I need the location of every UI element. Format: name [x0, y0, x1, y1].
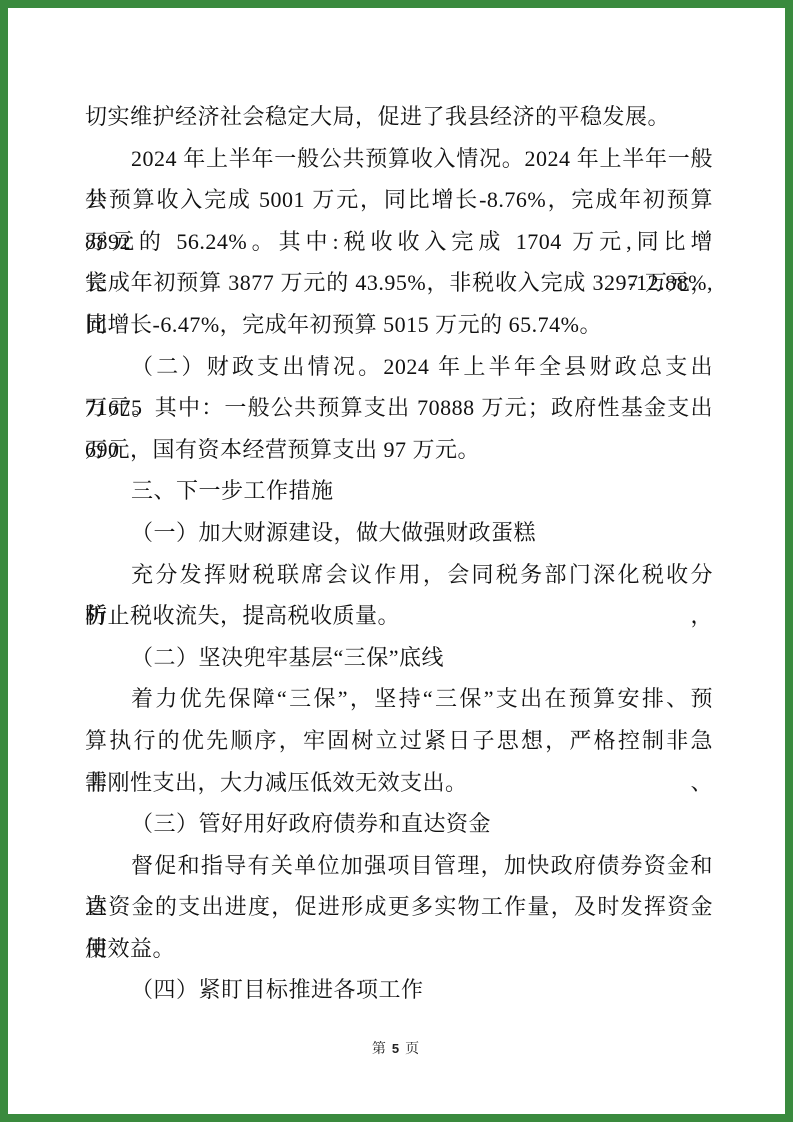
- text-line: 切实维护经济社会稳定大局，促进了我县经济的平稳发展。: [85, 96, 713, 138]
- text-line: 共预算收入完成 5001 万元，同比增长-8.76%，完成年初预算 8892: [85, 179, 713, 221]
- text-line: 万元。其中：一般公共预算支出 70888 万元；政府性基金支出 690: [85, 387, 713, 429]
- section-heading: （二）坚决兜牢基层“三保”底线: [85, 637, 713, 679]
- section-heading: （三）管好用好政府债券和直达资金: [85, 803, 713, 845]
- text-line: 充分发挥财税联席会议作用，会同税务部门深化税收分析，: [85, 554, 713, 596]
- text-line: 用效益。: [85, 928, 713, 970]
- text-line: 督促和指导有关单位加强项目管理，加快政府债券资金和直: [85, 845, 713, 887]
- page-footer-suffix: 页: [405, 1042, 421, 1057]
- section-heading: （一）加大财源建设，做大做强财政蛋糕: [85, 512, 713, 554]
- document-page: 切实维护经济社会稳定大局，促进了我县经济的平稳发展。 2024 年上半年一般公共…: [8, 8, 785, 1114]
- document-body: 切实维护经济社会稳定大局，促进了我县经济的平稳发展。 2024 年上半年一般公共…: [85, 96, 713, 1011]
- section-heading: （四）紧盯目标推进各项工作: [85, 969, 713, 1011]
- page-footer: 第5页: [8, 1038, 785, 1058]
- section-heading: 三、下一步工作措施: [85, 470, 713, 512]
- page-number: 5: [388, 1041, 405, 1056]
- page-footer-prefix: 第: [372, 1042, 388, 1057]
- text-line: 达资金的支出进度，促进形成更多实物工作量，及时发挥资金使: [85, 886, 713, 928]
- text-line: 2024 年上半年一般公共预算收入情况。2024 年上半年一般公: [85, 138, 713, 180]
- text-line: 万元，国有资本经营预算支出 97 万元。: [85, 429, 713, 471]
- text-line: 比增长-6.47%，完成年初预算 5015 万元的 65.74%。: [85, 304, 713, 346]
- text-line: （二）财政支出情况。2024 年上半年全县财政总支出 71675: [85, 346, 713, 388]
- text-line: 算执行的优先顺序，牢固树立过紧日子思想，严格控制非急需、: [85, 720, 713, 762]
- text-line: 完成年初预算 3877 万元的 43.95%，非税收入完成 3297 万元，同: [85, 262, 713, 304]
- text-line: 着力优先保障“三保”，坚持“三保”支出在预算安排、预: [85, 678, 713, 720]
- text-line: 万元的 56.24%。其中:税收收入完成 1704 万元,同比增长-12.88%…: [85, 221, 713, 263]
